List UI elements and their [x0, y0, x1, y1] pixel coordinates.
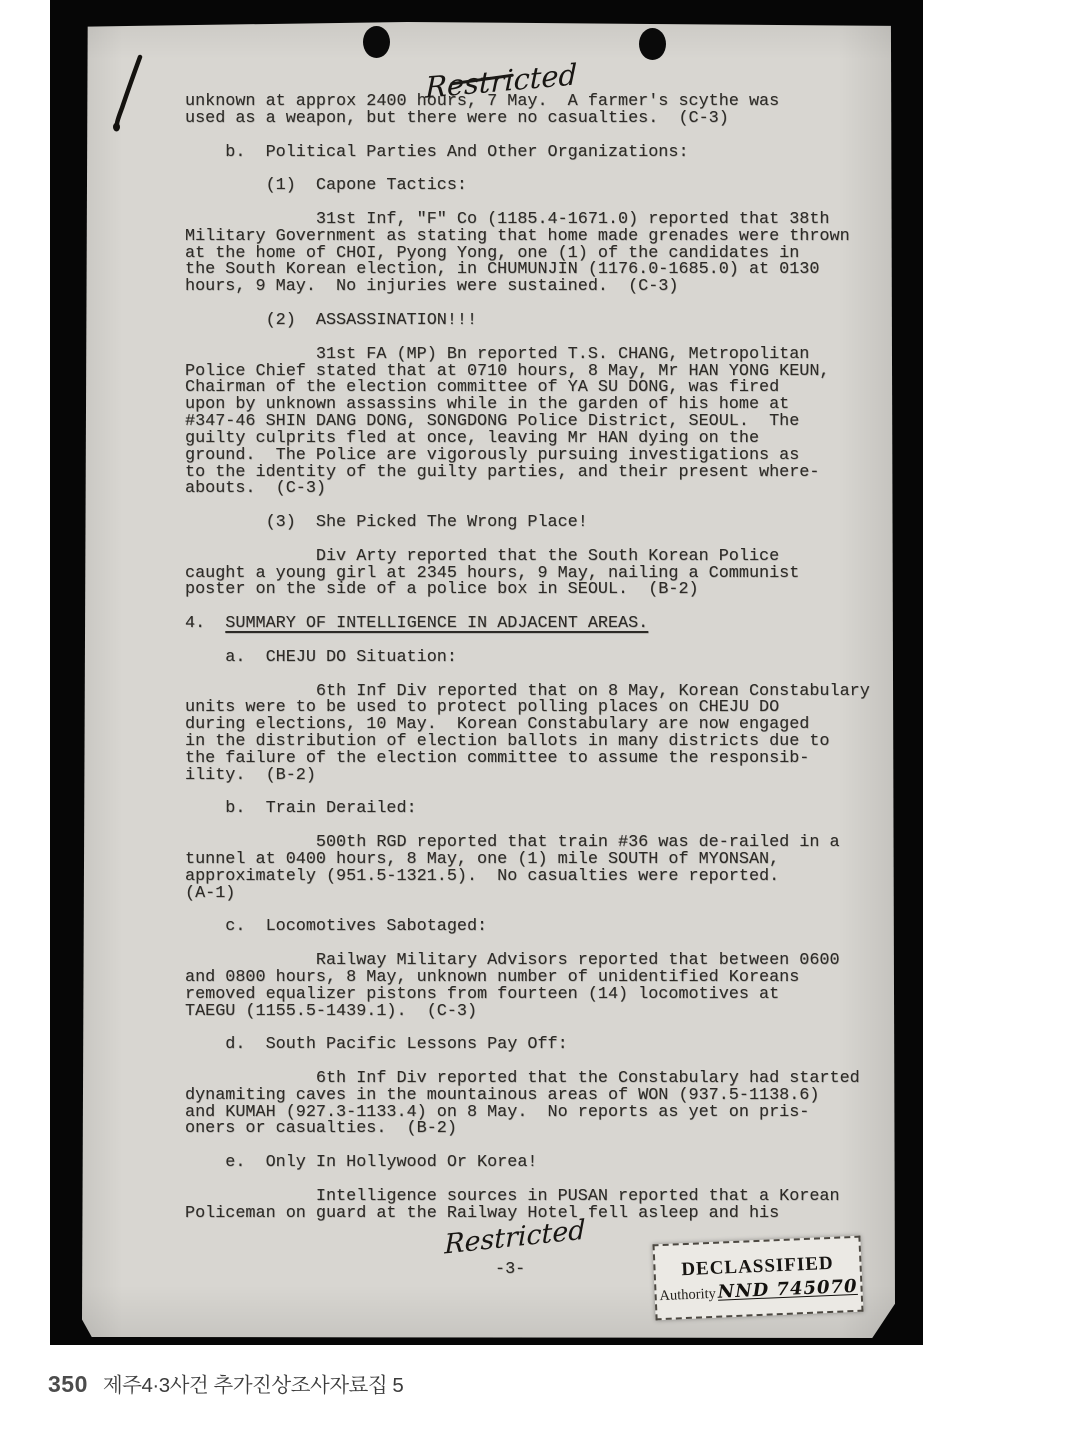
punch-hole-right	[639, 28, 666, 60]
doc-line: b. Political Parties And Other Organizat…	[185, 145, 870, 162]
doc-line: d. South Pacific Lessons Pay Off:	[185, 1037, 870, 1054]
handwritten-checkmark-icon	[102, 52, 152, 137]
section-heading: 4. SUMMARY OF INTELLIGENCE IN ADJACENT A…	[185, 616, 870, 633]
paragraph: 31st FA (MP) Bn reported T.S. CHANG, Met…	[185, 347, 870, 499]
stamp-authority-label: Authority	[659, 1285, 716, 1304]
paragraph: c. Locomotives Sabotaged:	[185, 919, 870, 936]
doc-line: ility. (B-2)	[185, 768, 870, 785]
doc-line: (3) She Picked The Wrong Place!	[185, 515, 870, 532]
paragraph: (3) She Picked The Wrong Place!	[185, 515, 870, 532]
stamp-authority-value: NND 745070	[717, 1275, 858, 1302]
punch-hole-left	[363, 26, 390, 58]
paragraph: 6th Inf Div reported that on 8 May, Kore…	[185, 684, 870, 785]
paragraph: b. Political Parties And Other Organizat…	[185, 145, 870, 162]
doc-line: (A-1)	[185, 886, 870, 903]
paragraph: e. Only In Hollywood Or Korea!	[185, 1155, 870, 1172]
doc-line: (1) Capone Tactics:	[185, 178, 870, 195]
paragraph: Intelligence sources in PUSAN reported t…	[185, 1189, 870, 1223]
paragraph: (1) Capone Tactics:	[185, 178, 870, 195]
paragraph: 6th Inf Div reported that the Constabula…	[185, 1071, 870, 1138]
document-text: unknown at approx 2400 hours, 7 May. A f…	[185, 94, 870, 1223]
paragraph: (2) ASSASSINATION!!!	[185, 313, 870, 330]
book-caption-page-number: 350	[48, 1371, 88, 1398]
paragraph: unknown at approx 2400 hours, 7 May. A f…	[185, 94, 870, 128]
book-caption: 350 제주4·3사건 추가진상조사자료집 5	[48, 1368, 403, 1398]
doc-line: used as a weapon, but there were no casu…	[185, 111, 870, 128]
paragraph: Railway Military Advisors reported that …	[185, 953, 870, 1020]
doc-line: approximately (951.5-1321.5). No casualt…	[185, 869, 870, 886]
scan-background: Restricted unknown at approx 2400 hours,…	[50, 0, 923, 1345]
page-number: -3-	[495, 1260, 525, 1279]
doc-line: b. Train Derailed:	[185, 801, 870, 818]
doc-line: abouts. (C-3)	[185, 481, 870, 498]
doc-line: c. Locomotives Sabotaged:	[185, 919, 870, 936]
declassified-stamp: DECLASSIFIED Authority NND 745070	[652, 1236, 863, 1321]
doc-line: 4. SUMMARY OF INTELLIGENCE IN ADJACENT A…	[185, 616, 870, 633]
book-page: Restricted unknown at approx 2400 hours,…	[0, 0, 1080, 1439]
doc-line: (2) ASSASSINATION!!!	[185, 313, 870, 330]
paragraph: b. Train Derailed:	[185, 801, 870, 818]
doc-line: e. Only In Hollywood Or Korea!	[185, 1155, 870, 1172]
paragraph: a. CHEJU DO Situation:	[185, 650, 870, 667]
paragraph: 31st Inf, "F" Co (1185.4-1671.0) reporte…	[185, 212, 870, 296]
doc-line: poster on the side of a police box in SE…	[185, 582, 870, 599]
paragraph: 500th RGD reported that train #36 was de…	[185, 835, 870, 902]
paragraph: d. South Pacific Lessons Pay Off:	[185, 1037, 870, 1054]
book-caption-title: 제주4·3사건 추가진상조사자료집 5	[103, 1368, 403, 1398]
doc-line: a. CHEJU DO Situation:	[185, 650, 870, 667]
paragraph: Div Arty reported that the South Korean …	[185, 549, 870, 600]
document-paper: Restricted unknown at approx 2400 hours,…	[82, 20, 895, 1338]
doc-line: 31st FA (MP) Bn reported T.S. CHANG, Met…	[185, 347, 870, 364]
doc-line: oners or casualties. (B-2)	[185, 1121, 870, 1138]
doc-line: TAEGU (1155.5-1439.1). (C-3)	[185, 1004, 870, 1021]
doc-line: hours, 9 May. No injuries were sustained…	[185, 279, 870, 296]
